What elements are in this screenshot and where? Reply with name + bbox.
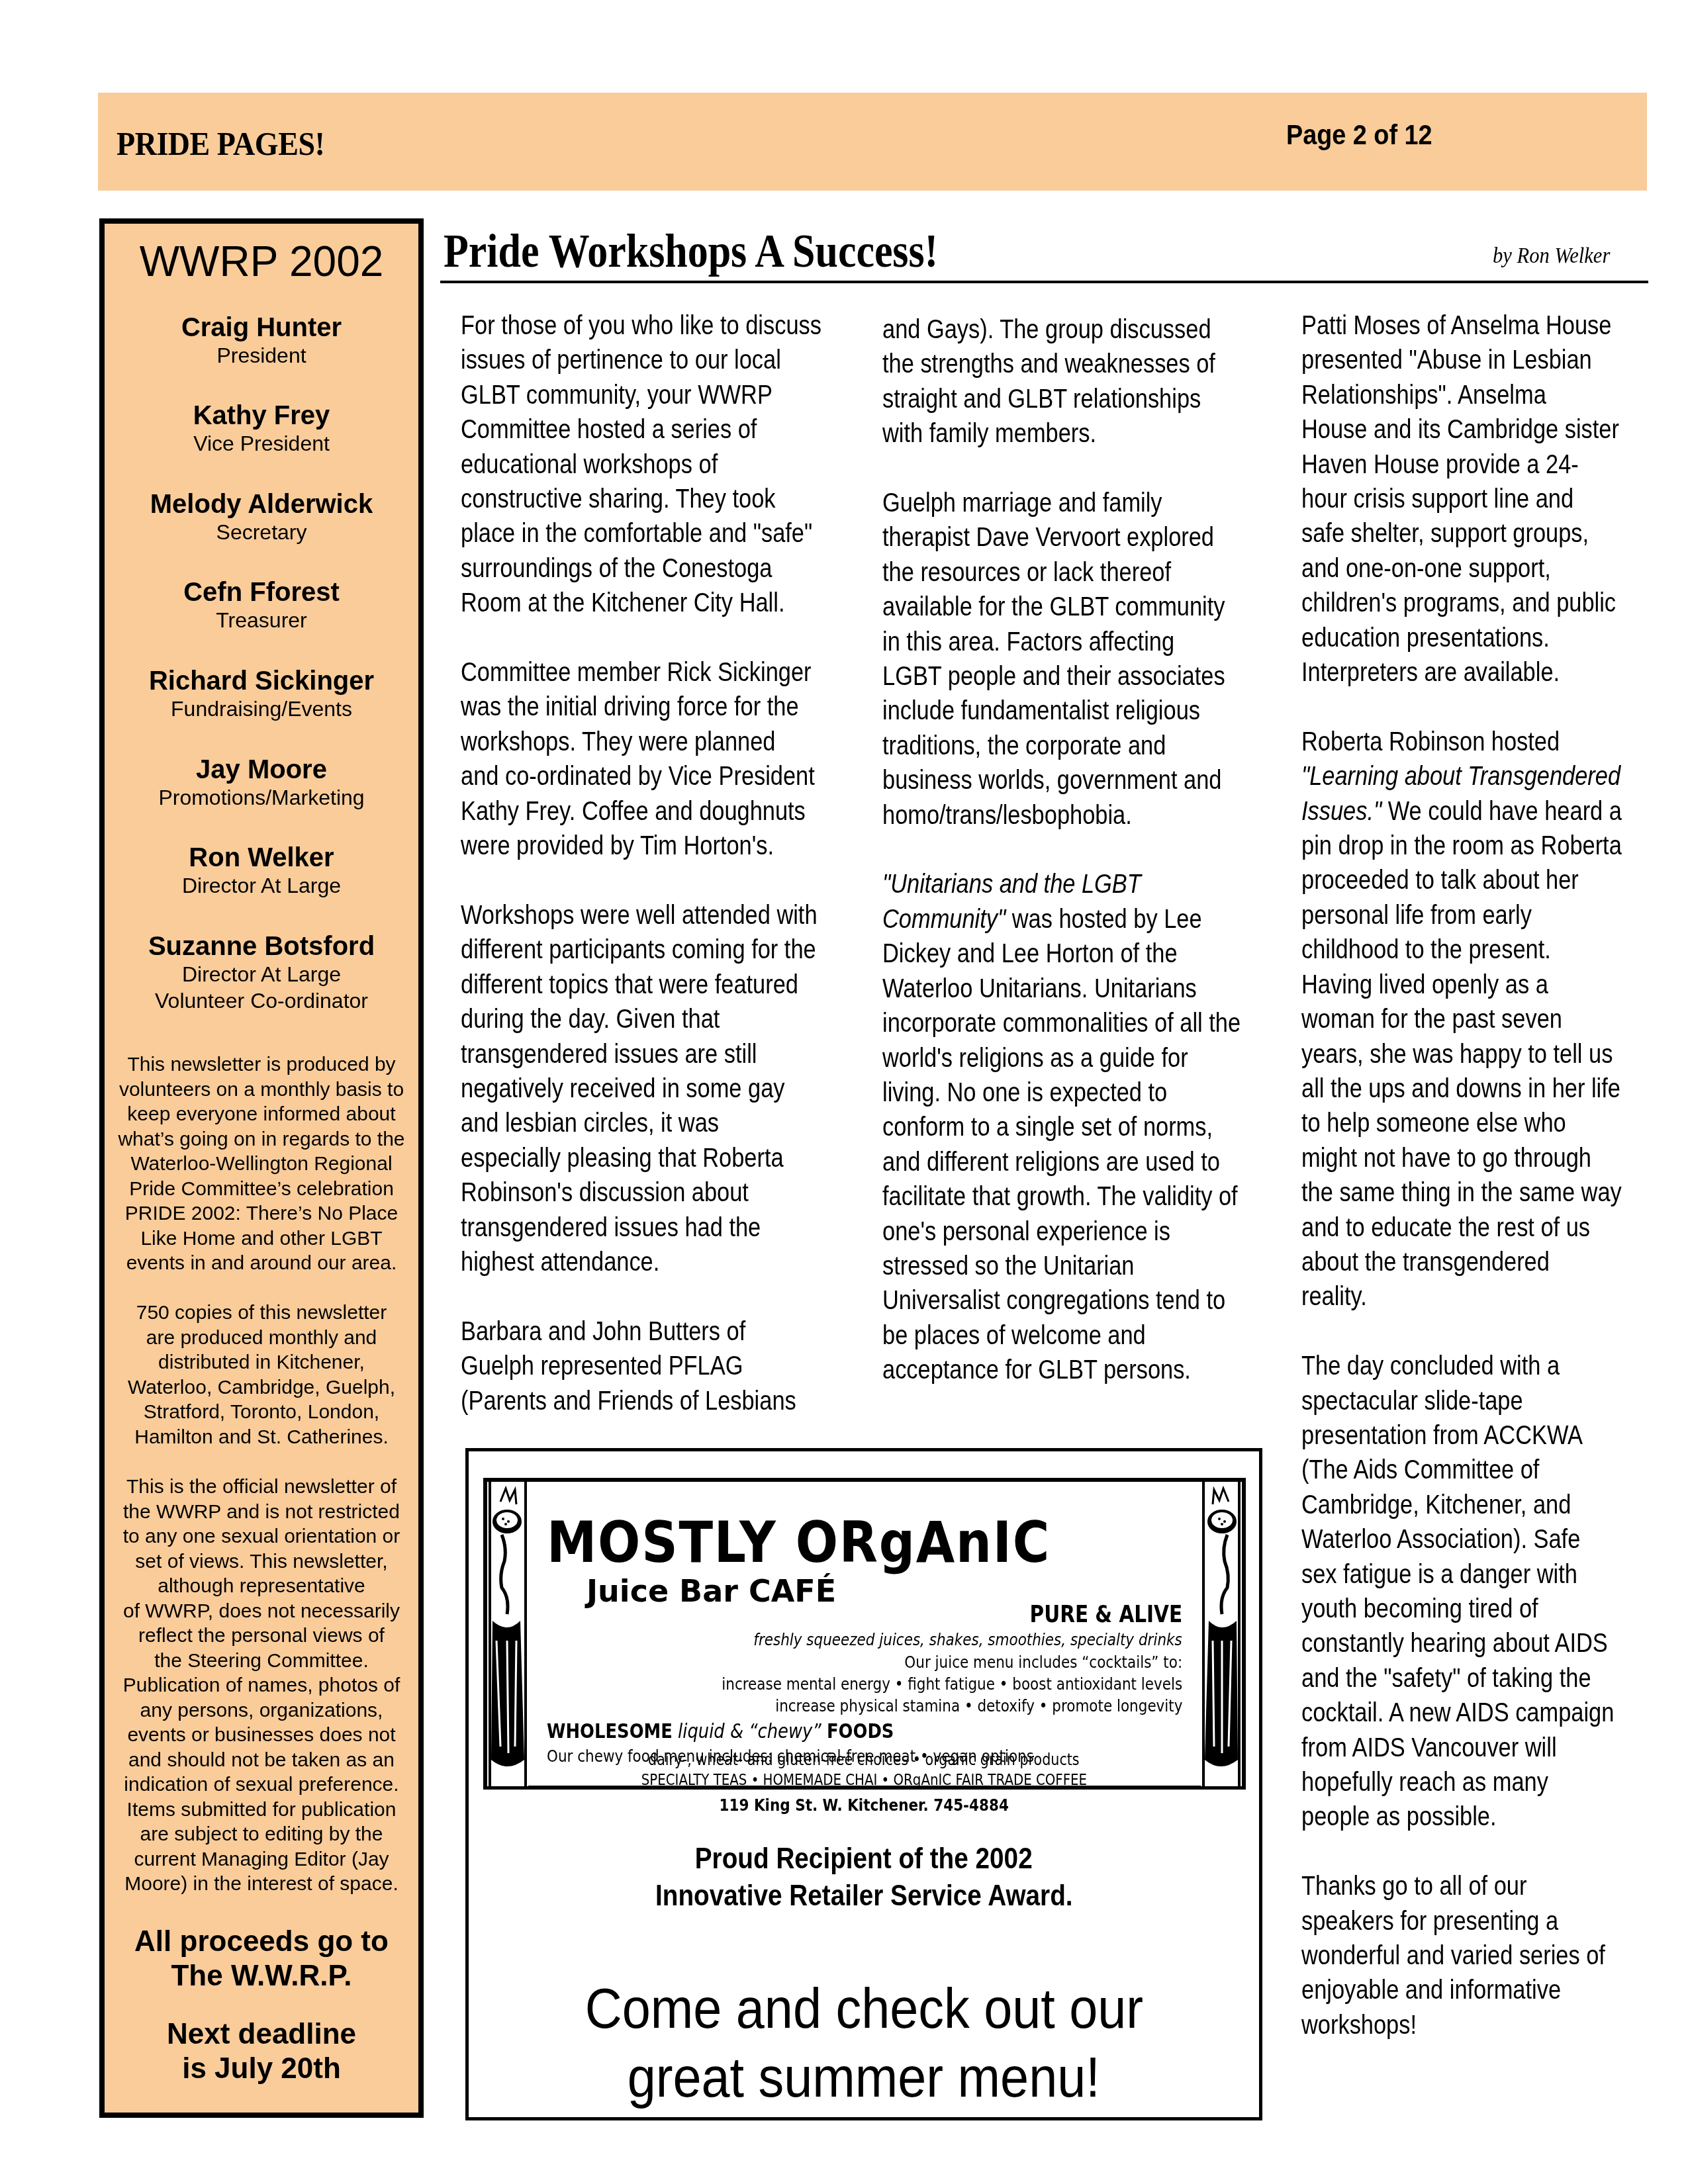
cafe-tagline: PURE & ALIVE [1030, 1601, 1182, 1628]
text-line: different participants coming for the [461, 933, 821, 967]
paragraph-break [1301, 690, 1622, 724]
text-line: therapist Dave Vervoort explored [882, 520, 1241, 555]
officer-entry: Jay Moore Promotions/Marketing [105, 755, 418, 811]
text-line: are subject to editing by the [107, 1822, 416, 1847]
text-line: and one-on-one support, [1301, 551, 1622, 586]
text-line: All proceeds go to [105, 1925, 418, 1959]
officer-name: Jay Moore [105, 755, 418, 784]
text-line: speakers for presenting a [1301, 1904, 1622, 1938]
text-line: workshops! [1301, 2008, 1622, 2042]
text-line: children's programs, and public [1301, 586, 1622, 620]
officer-role: President [105, 342, 418, 369]
text-line: especially pleasing that Roberta [461, 1141, 821, 1175]
text-line: spectacular slide-tape [1301, 1384, 1622, 1418]
text-line: Roberta Robinson hosted [1301, 725, 1622, 759]
text-line: and Gays). The group discussed [882, 312, 1241, 347]
drinks-line: freshly squeezed juices, shakes, smoothi… [754, 1630, 1182, 1649]
officer-role: Promotions/Marketing [105, 784, 418, 811]
text-line: "Unitarians and the LGBT [882, 867, 1241, 901]
officer-entry: Ron Welker Director At Large [105, 843, 418, 899]
text-line: Waterloo-Wellington Regional [107, 1152, 416, 1177]
text-line: proceeded to talk about her [1301, 863, 1622, 897]
text-line: Community" was hosted by Lee [882, 902, 1241, 936]
text-line: Workshops were well attended with [461, 898, 821, 933]
text-line: For those of you who like to discuss [461, 308, 821, 343]
text-line: (The Aids Committee of [1301, 1453, 1622, 1487]
foods-heading-bold: WHOLESOME [547, 1720, 673, 1743]
officer-entry: Richard Sickinger Fundraising/Events [105, 666, 418, 722]
text-line: straight and GLBT relationships [882, 382, 1241, 416]
text-line: (Parents and Friends of Lesbians [461, 1384, 821, 1418]
officer-name: Craig Hunter [105, 313, 418, 342]
juice-benefits-line-2: increase physical stamina • detoxify • p… [775, 1696, 1182, 1715]
text-line: current Managing Editor (Jay [107, 1847, 416, 1872]
text-line: Next deadline [105, 2017, 418, 2052]
publication-name: PRIDE PAGES! [117, 124, 324, 163]
disclaimer-text: This is the official newsletter of the W… [107, 1475, 416, 1897]
call-to-action: Come and check out our great summer menu… [469, 1974, 1259, 2112]
text-line: any persons, organizations, [107, 1698, 416, 1723]
beverage-line: SPECIALTY TEAS • HOMEMADE CHAI • ORgAnIC… [469, 1772, 1259, 1789]
text-line: personal life from early [1301, 898, 1622, 933]
juice-menu-intro: Our juice menu includes “cocktails” to: [904, 1653, 1182, 1672]
text-line: facilitate that growth. The validity of [882, 1179, 1241, 1214]
workshop-title-fragment: Community" [882, 905, 1006, 934]
text-line: volunteers on a monthly basis to [107, 1077, 416, 1103]
text-line: wonderful and varied series of [1301, 1938, 1622, 1973]
text-line: workshops. They were planned [461, 725, 821, 759]
text-line: about the transgendered [1301, 1245, 1622, 1279]
foods-heading-bold: FOODS [827, 1720, 894, 1743]
text-line: Committee hosted a series of [461, 412, 821, 447]
text-line: is July 20th [105, 2052, 418, 2086]
text-line: indication of sexual preference. [107, 1772, 416, 1797]
text-line: dairy-, wheat- and gluten-free choices •… [648, 1751, 1080, 1769]
text-line: Guelph marriage and family [882, 486, 1241, 520]
officer-entry: Kathy Frey Vice President [105, 401, 418, 457]
text-line: years, she was happy to tell us [1301, 1037, 1622, 1071]
text-line: negatively received in some gay [461, 1071, 821, 1106]
text-line: people as possible. [1301, 1799, 1622, 1834]
text-line: Guelph represented PFLAG [461, 1349, 821, 1383]
text-line: education presentations. [1301, 621, 1622, 655]
text-line: Interpreters are available. [1301, 655, 1622, 690]
text-line: GLBT community, your WWRP [461, 378, 821, 412]
text-line: Waterloo, Cambridge, Guelph, [107, 1375, 416, 1400]
text-line: in this area. Factors affecting [882, 625, 1241, 659]
text-line: Room at the Kitchener City Hall. [461, 586, 821, 620]
text-line: transgendered issues had the [461, 1210, 821, 1245]
text-line: set of views. This newsletter, [107, 1549, 416, 1574]
text-line: Hamilton and St. Catherines. [107, 1425, 416, 1450]
officer-role: Vice President [105, 430, 418, 457]
text-line: Haven House provide a 24- [1301, 447, 1622, 482]
text-line: pin drop in the room as Roberta [1301, 829, 1622, 863]
text-line: be places of welcome and [882, 1318, 1241, 1353]
text-line: keep everyone informed about [107, 1102, 416, 1127]
text-line: Items submitted for publication [107, 1797, 416, 1823]
text-line: hopefully reach as many [1301, 1765, 1622, 1799]
text-line: events in and around our area. [107, 1251, 416, 1276]
text-line: to help someone else who [1301, 1106, 1622, 1140]
officer-entry: Melody Alderwick Secretary [105, 490, 418, 545]
text-line: "Learning about Transgendered [1301, 759, 1622, 794]
text-line: Issues." We could have heard a [1301, 794, 1622, 829]
text-line: Committee member Rick Sickinger [461, 655, 821, 690]
woman-carrying-basket-illustration-icon [1201, 1482, 1242, 1786]
text-line: distributed in Kitchener, [107, 1350, 416, 1375]
officer-role: Secretary [105, 519, 418, 545]
header-band: PRIDE PAGES! Page 2 of 12 [98, 93, 1647, 191]
text-line: surroundings of the Conestoga [461, 551, 821, 586]
text-line: was the initial driving force for the [461, 690, 821, 724]
text-line: include fundamentalist religious [882, 694, 1241, 728]
text-line: of WWRP, does not necessarily [107, 1599, 416, 1624]
text-line: This is the official newsletter of [107, 1475, 416, 1500]
text-line: Moore) in the interest of space. [107, 1872, 416, 1897]
officer-role: Volunteer Co-ordinator [105, 987, 418, 1014]
text-line: homo/trans/lesbophobia. [882, 798, 1241, 833]
text-line: stressed so the Unitarian [882, 1249, 1241, 1283]
text-line: traditions, the corporate and [882, 729, 1241, 763]
sidebar-title: WWRP 2002 [105, 237, 418, 286]
text-line: Patti Moses of Anselma House [1301, 308, 1622, 343]
text-line: Waterloo Unitarians. Unitarians [882, 972, 1241, 1006]
officer-entry: Suzanne Botsford Director At Large Volun… [105, 932, 418, 1014]
officer-name: Melody Alderwick [105, 490, 418, 519]
text-line: Cambridge, Kitchener, and [1301, 1488, 1622, 1522]
article-column-1: For those of you who like to discussissu… [461, 308, 880, 1418]
text-line: events or businesses does not [107, 1723, 416, 1748]
page-indicator: Page 2 of 12 [1286, 119, 1432, 151]
text-line: Proud Recipient of the 2002 [695, 1841, 1033, 1878]
text-line: Relationships". Anselma [1301, 378, 1622, 412]
text-line: presentation from ACCKWA [1301, 1418, 1622, 1453]
text-line: business worlds, government and [882, 763, 1241, 797]
text-line: with family members. [882, 416, 1241, 451]
text-line: and should not be taken as an [107, 1748, 416, 1773]
text-line: Publication of names, photos of [107, 1673, 416, 1698]
text-line: the strengths and weaknesses of [882, 347, 1241, 381]
text-line: educational workshops of [461, 447, 821, 482]
text-line: constantly hearing about AIDS [1301, 1626, 1622, 1661]
text-line: Having lived openly as a [1301, 968, 1622, 1002]
text-line: Robinson's discussion about [461, 1175, 821, 1210]
text-line: incorporate commonalities of all the [882, 1006, 1241, 1040]
text-line: Pride Committee’s celebration [107, 1177, 416, 1202]
paragraph-break [461, 1279, 821, 1314]
text-line: during the day. Given that [461, 1002, 821, 1036]
paragraph-break [461, 621, 821, 655]
paragraph-break [1301, 1314, 1622, 1349]
distribution-text: 750 copies of this newsletter are produc… [107, 1300, 416, 1449]
officer-name: Cefn Fforest [105, 578, 418, 607]
text-line: living. No one is expected to [882, 1075, 1241, 1110]
text-line: sex fatigue is a danger with [1301, 1557, 1622, 1592]
text-line: Kathy Frey. Coffee and doughnuts [461, 794, 821, 829]
award-notice: Proud Recipient of the 2002 Innovative R… [469, 1841, 1259, 1915]
workshop-title-fragment: Issues." [1301, 797, 1382, 826]
text-line: 750 copies of this newsletter [107, 1300, 416, 1326]
text-line: from AIDS Vancouver will [1301, 1731, 1622, 1765]
text-line: The day concluded with a [1301, 1349, 1622, 1383]
title-divider [440, 281, 1648, 283]
text-line: This newsletter is produced by [107, 1052, 416, 1077]
text-line: Waterloo Association). Safe [1301, 1522, 1622, 1557]
text-line: the same thing in the same way [1301, 1175, 1622, 1210]
text-line: might not have to go through [1301, 1141, 1622, 1175]
paragraph-break [882, 451, 1241, 486]
officer-name: Richard Sickinger [105, 666, 418, 696]
cafe-ad-artwork: MOSTLY ORgAnIC Juice Bar CAFÉ PURE & ALI… [483, 1478, 1246, 1790]
about-newsletter-text: This newsletter is produced by volunteer… [107, 1052, 416, 1276]
text-line: youth becoming tired of [1301, 1592, 1622, 1626]
officer-name: Kathy Frey [105, 401, 418, 430]
text-line: Like Home and other LGBT [107, 1226, 416, 1251]
text-line: to any one sexual orientation or [107, 1524, 416, 1549]
text-line: reality. [1301, 1279, 1622, 1314]
cafe-advertisement: MOSTLY ORgAnIC Juice Bar CAFÉ PURE & ALI… [465, 1448, 1262, 2120]
foods-heading-italic: liquid & “chewy” [678, 1720, 821, 1743]
text-line: LGBT people and their associates [882, 659, 1241, 694]
text-line: reflect the personal views of [107, 1623, 416, 1649]
text-line: and to educate the rest of us [1301, 1210, 1622, 1245]
text-line: childhood to the present. [1301, 933, 1622, 967]
cafe-address: 119 King St. W. Kitchener. 745-4884 [469, 1796, 1259, 1815]
text-line: available for the GLBT community [882, 590, 1241, 624]
text-line: and co-ordinated by Vice President [461, 759, 821, 794]
cafe-subtitle: Juice Bar CAFÉ [586, 1573, 836, 1609]
officer-name: Suzanne Botsford [105, 932, 418, 961]
text-line: great summer menu! [628, 2043, 1100, 2112]
article-column-3: Patti Moses of Anselma Housepresented "A… [1301, 308, 1674, 2042]
text-line: and different religions are used to [882, 1145, 1241, 1179]
article-title: Pride Workshops A Success! [444, 224, 938, 279]
text-line: hour crisis support line and [1301, 482, 1622, 516]
text-line: transgendered issues are still [461, 1037, 821, 1071]
committee-sidebar: WWRP 2002 Craig Hunter President Kathy F… [99, 218, 424, 2118]
text-line: presented "Abuse in Lesbian [1301, 343, 1622, 377]
officer-entry: Cefn Fforest Treasurer [105, 578, 418, 633]
text-line: cocktail. A new AIDS campaign [1301, 1696, 1622, 1730]
text-line: PRIDE 2002: There’s No Place [107, 1201, 416, 1226]
deadline-notice: Next deadline is July 20th [105, 2017, 418, 2086]
paragraph-break [461, 863, 821, 897]
text-line: although representative [107, 1574, 416, 1599]
text-line: and the "safety" of taking the [1301, 1661, 1622, 1696]
officer-name: Ron Welker [105, 843, 418, 872]
text-line: woman for the past seven [1301, 1002, 1622, 1036]
text-line: constructive sharing. They took [461, 482, 821, 516]
foods-heading: WHOLESOME liquid & “chewy” FOODS [547, 1720, 894, 1743]
juice-benefits-line-1: increase mental energy • fight fatigue •… [722, 1674, 1182, 1694]
food-menu-line-2: dairy-, wheat- and gluten-free choices •… [469, 1751, 1259, 1769]
text-line: House and its Cambridge sister [1301, 412, 1622, 447]
text-line: Innovative Retailer Service Award. [655, 1878, 1073, 1915]
text-line: highest attendance. [461, 1245, 821, 1279]
text-line: 119 King St. W. Kitchener. 745-4884 [719, 1796, 1008, 1815]
text-line: Come and check out our [585, 1974, 1143, 2043]
text-line: all the ups and downs in her life [1301, 1071, 1622, 1106]
cafe-name: MOSTLY ORgAnIC [547, 1510, 1051, 1576]
officer-entry: Craig Hunter President [105, 313, 418, 369]
paragraph-break [882, 833, 1241, 867]
woman-carrying-basket-illustration-icon [487, 1482, 528, 1786]
article-column-2: and Gays). The group discussedthe streng… [882, 312, 1299, 1388]
article-byline: by Ron Welker [1493, 244, 1610, 269]
text-line: safe shelter, support groups, [1301, 516, 1622, 551]
proceeds-notice: All proceeds go to The W.W.R.P. [105, 1925, 418, 1993]
text-line: Dickey and Lee Horton of the [882, 936, 1241, 971]
text-line: Stratford, Toronto, London, [107, 1400, 416, 1425]
text-line: what’s going on in regards to the [107, 1127, 416, 1152]
text-line: place in the comfortable and "safe" [461, 516, 821, 551]
text-line: one's personal experience is [882, 1214, 1241, 1249]
text-line: the resources or lack thereof [882, 555, 1241, 590]
text-line: Universalist congregations tend to [882, 1283, 1241, 1318]
text-line: different topics that were featured [461, 968, 821, 1002]
text-line: Thanks go to all of our [1301, 1869, 1622, 1903]
text-line: enjoyable and informative [1301, 1973, 1622, 2007]
text-line: conform to a single set of norms, [882, 1110, 1241, 1144]
text-line: and lesbian circles, it was [461, 1106, 821, 1140]
officer-role: Director At Large [105, 872, 418, 899]
officer-role: Fundraising/Events [105, 696, 418, 722]
officer-role: Director At Large [105, 961, 418, 987]
officer-role: Treasurer [105, 607, 418, 633]
text-line: were provided by Tim Horton's. [461, 829, 821, 863]
text-line: world's religions as a guide for [882, 1041, 1241, 1075]
text-line: are produced monthly and [107, 1326, 416, 1351]
text-line: SPECIALTY TEAS • HOMEMADE CHAI • ORgAnIC… [641, 1772, 1086, 1789]
text-line: issues of pertinence to our local [461, 343, 821, 377]
text-line: The W.W.R.P. [105, 1959, 418, 1993]
text-line: acceptance for GLBT persons. [882, 1353, 1241, 1387]
text-line: Barbara and John Butters of [461, 1314, 821, 1349]
paragraph-break [1301, 1835, 1622, 1869]
text-line: the Steering Committee. [107, 1649, 416, 1674]
text-line: the WWRP and is not restricted [107, 1500, 416, 1525]
